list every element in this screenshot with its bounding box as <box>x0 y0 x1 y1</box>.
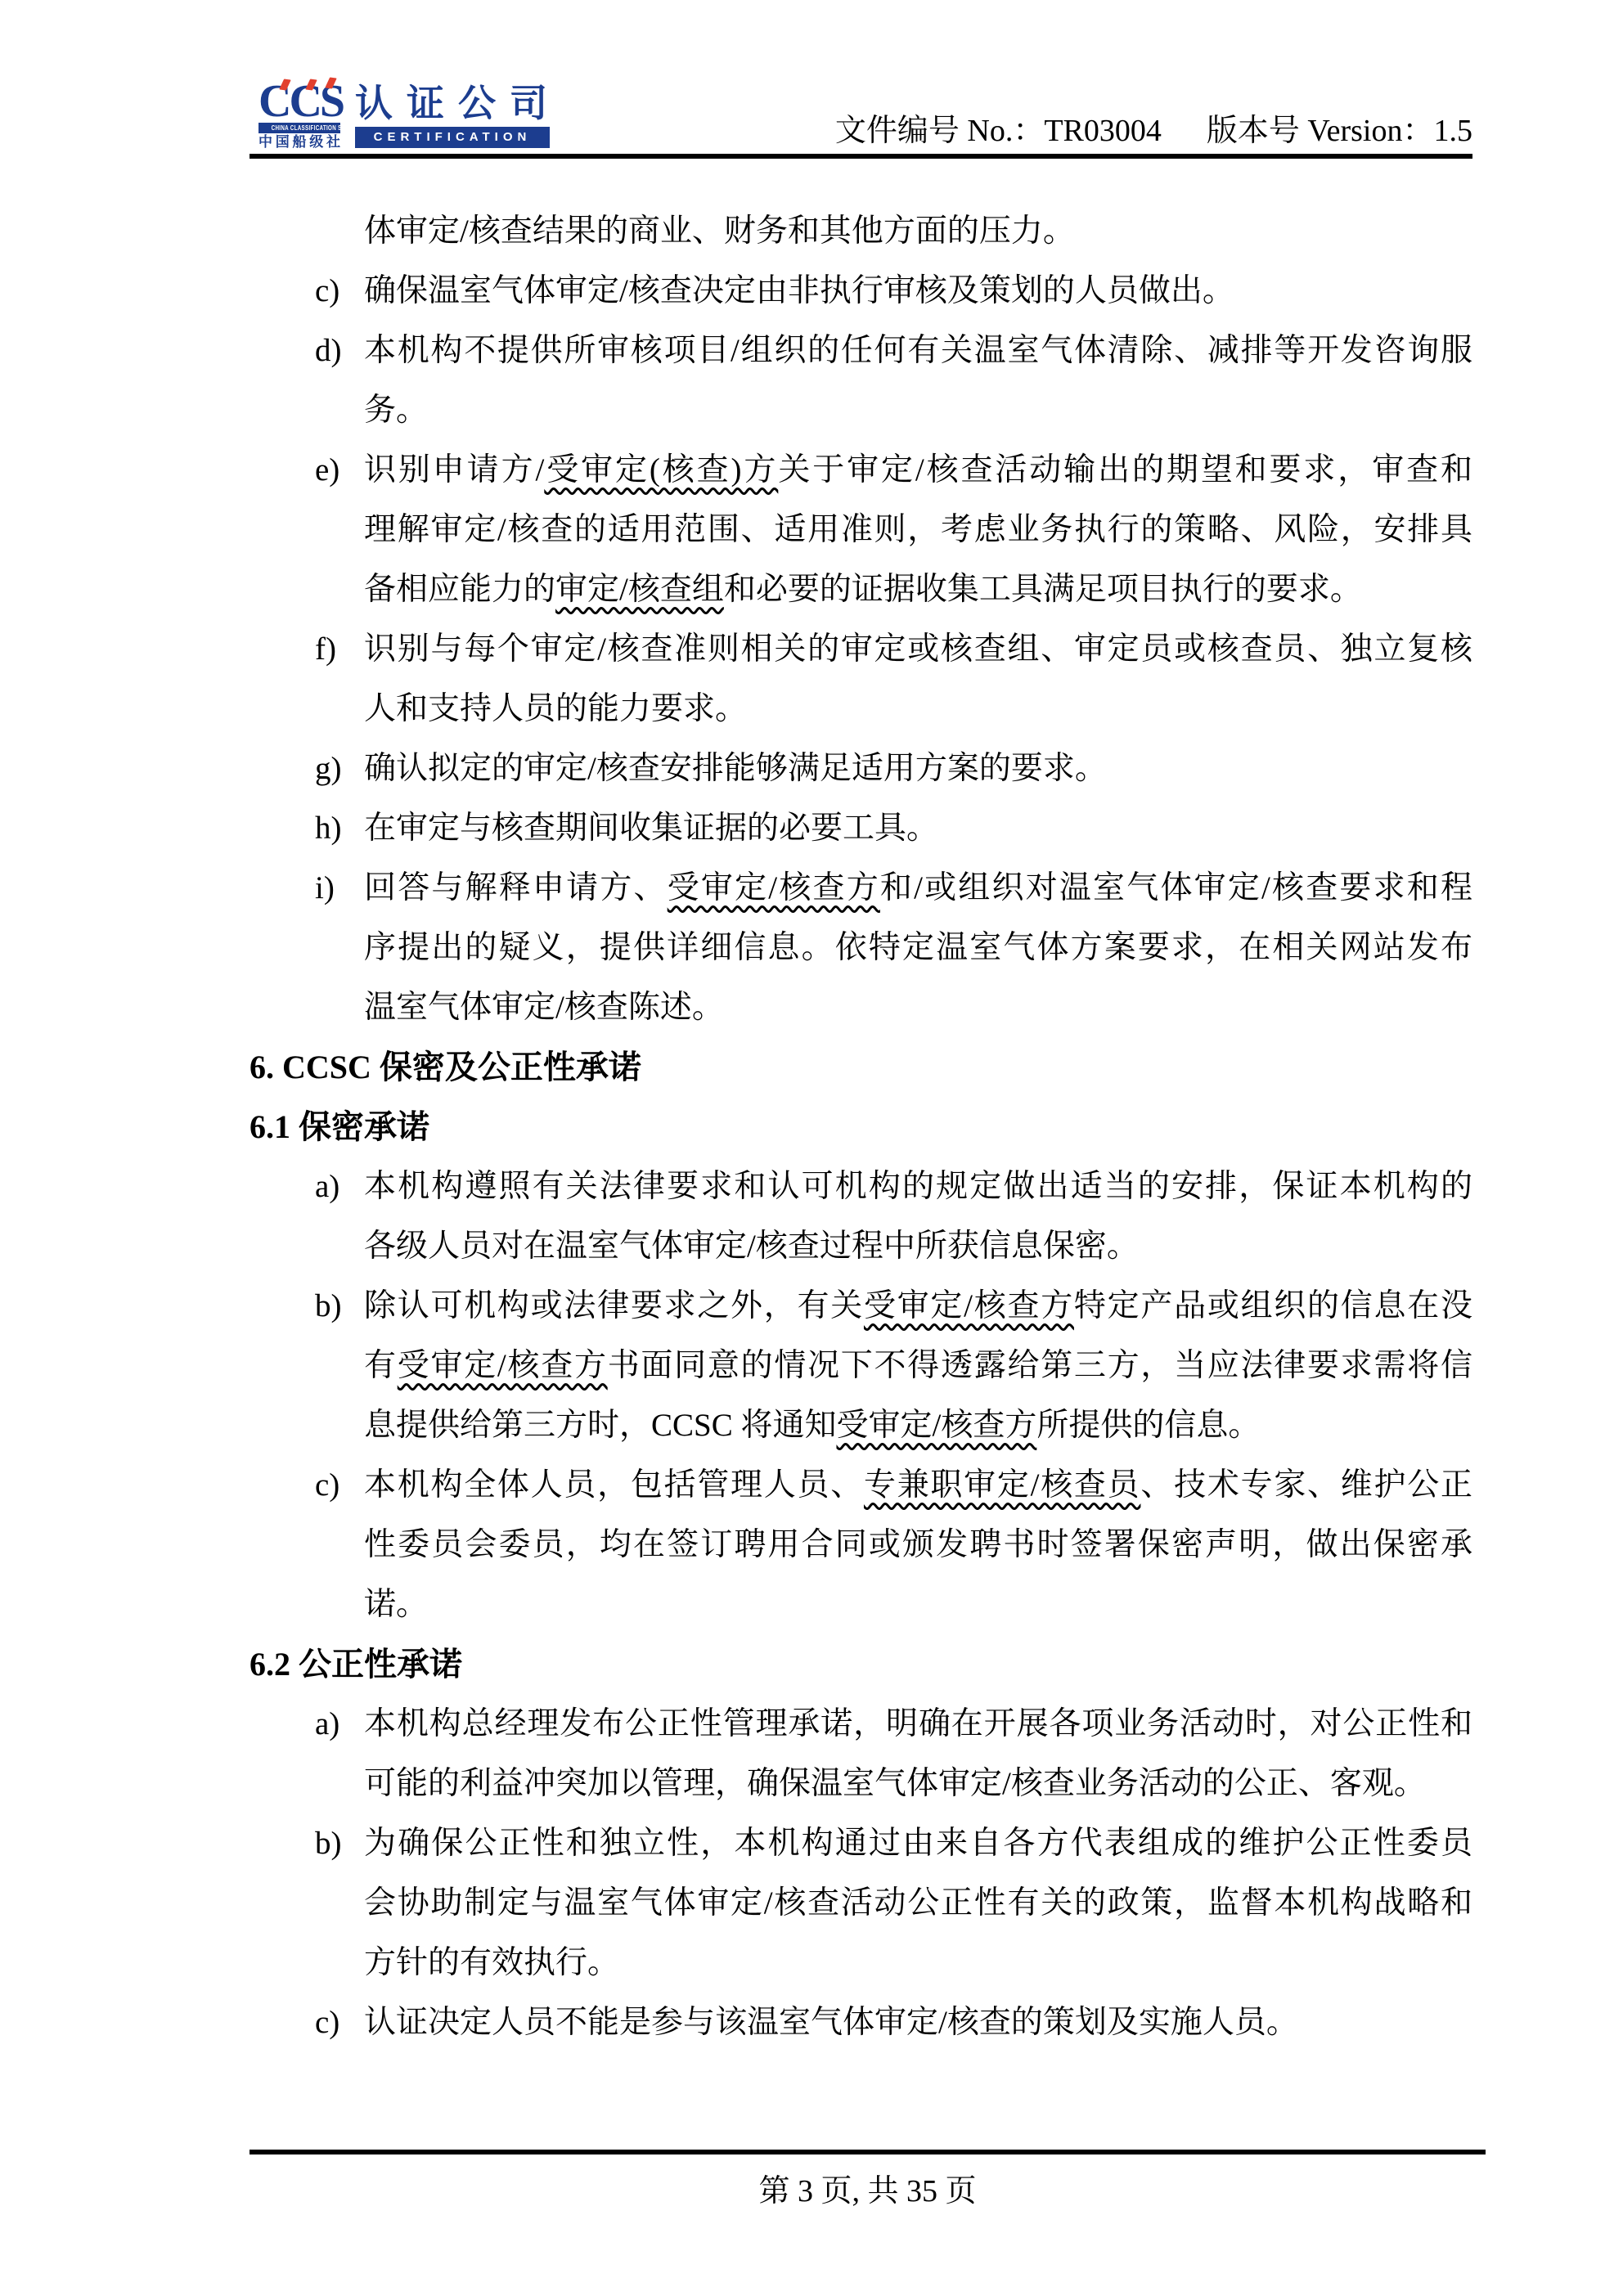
ccs-chinese-name: 中国船级社 <box>259 135 340 150</box>
list-item-label: c) <box>315 1455 364 1515</box>
text-segment: 为确保公正性和独立性，本机构通过由来自各方代表组成的维护公正性委员 <box>364 1826 1472 1861</box>
list-item-label: e) <box>315 440 364 500</box>
text-segment: 所提供的信息。 <box>1036 1408 1260 1443</box>
section-heading: 6.2 公正性承诺 <box>250 1634 1472 1694</box>
list-item-text: 识别与每个审定/核查准则相关的审定或核查组、审定员或核查员、独立复核人和支持人员… <box>364 619 1472 739</box>
ccs-chinese-name-char: 中 <box>259 135 272 150</box>
list-item-label: i) <box>315 858 364 918</box>
header-meta: 文件编号 No.：TR03004 版本号 Version：1.5 <box>835 101 1472 161</box>
text-line: 有受审定/核查方书面同意的情况下不得透露给第三方，当应法律要求需将信 <box>364 1336 1472 1395</box>
page-number: 第 3 页, 共 35 页 <box>250 2162 1486 2222</box>
ccs-english-banner: CHINA CLASSIFICATION SOCIETY <box>259 123 340 133</box>
text-segment: 除认可机构或法律要求之外，有关 <box>364 1288 864 1323</box>
list-item-label: c) <box>315 261 364 321</box>
text-line: 可能的利益冲突加以管理，确保温室气体审定/核查业务活动的公正、客观。 <box>364 1754 1472 1813</box>
text-line: 息提供给第三方时，CCSC 将通知受审定/核查方所提供的信息。 <box>364 1395 1472 1455</box>
ccs-logo-left: CCS CHINA CLASSIFICATION SOCIETY 中国船级社 <box>259 83 340 150</box>
text-segment: 务。 <box>364 393 428 428</box>
list-item-text: 确保温室气体审定/核查决定由非执行审核及策划的人员做出。 <box>364 261 1472 321</box>
list-item: b)除认可机构或法律要求之外，有关受审定/核查方特定产品或组织的信息在没有受审定… <box>250 1276 1472 1455</box>
text-segment: 和/或组织对温室气体审定/核查要求和程 <box>880 870 1472 905</box>
list-item-text: 本机构总经理发布公正性管理承诺，明确在开展各项业务活动时，对公正性和可能的利益冲… <box>364 1694 1472 1813</box>
text-line: 体审定/核查结果的商业、财务和其他方面的压力。 <box>364 201 1472 261</box>
ccs-logo: CCS CHINA CLASSIFICATION SOCIETY 中国船级社 认… <box>259 83 560 150</box>
ccs-chinese-name-char: 国 <box>276 135 290 150</box>
text-line: 回答与解释申请方、受审定/核查方和/或组织对温室气体审定/核查要求和程 <box>364 858 1472 918</box>
list-item-label: d) <box>315 321 364 380</box>
section-heading: 6.1 保密承诺 <box>250 1097 1472 1157</box>
text-line: 识别与每个审定/核查准则相关的审定或核查组、审定员或核查员、独立复核 <box>364 619 1472 679</box>
text-line: 理解审定/核查的适用范围、适用准则，考虑业务执行的策略、风险，安排具 <box>364 500 1472 559</box>
text-segment: 有 <box>364 1348 398 1383</box>
list-item: c)认证决定人员不能是参与该温室气体审定/核查的策划及实施人员。 <box>250 1993 1472 2052</box>
text-segment: 性委员会委员，均在签订聘用合同或颁发聘书时签署保密声明，做出保密承 <box>364 1527 1472 1562</box>
text-line: 在审定与核查期间收集证据的必要工具。 <box>364 798 1472 858</box>
text-segment: 、技术专家、维护公正 <box>1140 1467 1472 1503</box>
list-item-text: 本机构遵照有关法律要求和认可机构的规定做出适当的安排，保证本机构的各级人员对在温… <box>364 1157 1472 1276</box>
text-segment: 确保温室气体审定/核查决定由非执行审核及策划的人员做出。 <box>364 273 1234 308</box>
text-line: 确认拟定的审定/核查安排能够满足适用方案的要求。 <box>364 739 1472 798</box>
text-segment: 本机构全体人员，包括管理人员、 <box>364 1467 864 1503</box>
wavy-underlined-term: 审定/核查组 <box>555 572 724 607</box>
list-item-text: 本机构全体人员，包括管理人员、专兼职审定/核查员、技术专家、维护公正性委员会委员… <box>364 1455 1472 1634</box>
list-item: b)为确保公正性和独立性，本机构通过由来自各方代表组成的维护公正性委员会协助制定… <box>250 1813 1472 1993</box>
text-segment: 体审定/核查结果的商业、财务和其他方面的压力。 <box>364 213 1075 249</box>
text-segment: 备相应能力的 <box>364 572 555 607</box>
header-divider <box>250 154 1472 159</box>
list-item: h)在审定与核查期间收集证据的必要工具。 <box>250 798 1472 858</box>
list-item-label: a) <box>315 1157 364 1216</box>
list-item: d)本机构不提供所审核项目/组织的任何有关温室气体清除、减排等开发咨询服务。 <box>250 321 1472 440</box>
text-line: 识别申请方/受审定(核查)方关于审定/核查活动输出的期望和要求，审查和 <box>364 440 1472 500</box>
company-name: 认证公司 <box>355 84 560 122</box>
text-line: 备相应能力的审定/核查组和必要的证据收集工具满足项目执行的要求。 <box>364 559 1472 619</box>
ccs-chinese-name-char: 船 <box>293 135 307 150</box>
text-segment: 回答与解释申请方、 <box>364 870 668 905</box>
document-version: 版本号 Version：1.5 <box>1207 101 1472 161</box>
text-segment: 会协助制定与温室气体审定/核查活动公正性有关的政策，监督本机构战略和 <box>364 1885 1472 1921</box>
text-segment: 本机构总经理发布公正性管理承诺，明确在开展各项业务活动时，对公正性和 <box>364 1706 1472 1741</box>
text-line: 为确保公正性和独立性，本机构通过由来自各方代表组成的维护公正性委员 <box>364 1813 1472 1873</box>
list-item-text: 识别申请方/受审定(核查)方关于审定/核查活动输出的期望和要求，审查和理解审定/… <box>364 440 1472 619</box>
document-page: CCS CHINA CLASSIFICATION SOCIETY 中国船级社 认… <box>0 0 1623 2296</box>
list-item-label: g) <box>315 739 364 798</box>
text-segment: 本机构不提供所审核项目/组织的任何有关温室气体清除、减排等开发咨询服 <box>364 333 1472 368</box>
text-segment: 在审定与核查期间收集证据的必要工具。 <box>364 811 938 846</box>
list-item-label: f) <box>315 619 364 679</box>
text-line: 本机构总经理发布公正性管理承诺，明确在开展各项业务活动时，对公正性和 <box>364 1694 1472 1754</box>
list-item-label: a) <box>315 1694 364 1754</box>
wavy-underlined-term: 受审定(核查)方 <box>544 452 778 488</box>
wavy-underlined-term: 受审定/核查方 <box>864 1288 1074 1323</box>
text-segment: 识别与每个审定/核查准则相关的审定或核查组、审定员或核查员、独立复核 <box>364 631 1472 667</box>
list-item: f)识别与每个审定/核查准则相关的审定或核查组、审定员或核查员、独立复核人和支持… <box>250 619 1472 739</box>
list-item-text: 本机构不提供所审核项目/组织的任何有关温室气体清除、减排等开发咨询服务。 <box>364 321 1472 440</box>
text-segment: 确认拟定的审定/核查安排能够满足适用方案的要求。 <box>364 751 1107 786</box>
text-line: 会协助制定与温室气体审定/核查活动公正性有关的政策，监督本机构战略和 <box>364 1873 1472 1933</box>
text-segment: 特定产品或组织的信息在没 <box>1074 1288 1472 1323</box>
text-segment: 方针的有效执行。 <box>364 1945 619 1980</box>
text-line: 方针的有效执行。 <box>364 1933 1472 1993</box>
list-item-text: 回答与解释申请方、受审定/核查方和/或组织对温室气体审定/核查要求和程序提出的疑… <box>364 858 1472 1037</box>
text-line: 确保温室气体审定/核查决定由非执行审核及策划的人员做出。 <box>364 261 1472 321</box>
text-segment: 温室气体审定/核查陈述。 <box>364 990 724 1025</box>
list-item-text: 认证决定人员不能是参与该温室气体审定/核查的策划及实施人员。 <box>364 1993 1472 2052</box>
document-body: 体审定/核查结果的商业、财务和其他方面的压力。c)确保温室气体审定/核查决定由非… <box>250 201 1472 2052</box>
text-line: 务。 <box>364 380 1472 440</box>
wavy-underlined-term: 受审定/核查方 <box>398 1348 608 1383</box>
text-segment: 本机构遵照有关法律要求和认可机构的规定做出适当的安排，保证本机构的 <box>364 1169 1472 1204</box>
document-number: 文件编号 No.：TR03004 <box>835 101 1162 161</box>
list-item-text: 除认可机构或法律要求之外，有关受审定/核查方特定产品或组织的信息在没有受审定/核… <box>364 1276 1472 1455</box>
wavy-underlined-term: 专兼职审定/核查员 <box>864 1467 1140 1503</box>
list-item: i)回答与解释申请方、受审定/核查方和/或组织对温室气体审定/核查要求和程序提出… <box>250 858 1472 1037</box>
text-segment: 书面同意的情况下不得透露给第三方，当应法律要求需将信 <box>608 1348 1472 1383</box>
text-segment: 可能的利益冲突加以管理，确保温室气体审定/核查业务活动的公正、客观。 <box>364 1766 1426 1801</box>
list-item: c)本机构全体人员，包括管理人员、专兼职审定/核查员、技术专家、维护公正性委员会… <box>250 1455 1472 1634</box>
wavy-underlined-term: 受审定/核查方 <box>668 870 880 905</box>
list-item: a)本机构遵照有关法律要求和认可机构的规定做出适当的安排，保证本机构的各级人员对… <box>250 1157 1472 1276</box>
list-item-label: c) <box>315 1993 364 2052</box>
list-item-text: 体审定/核查结果的商业、财务和其他方面的压力。 <box>364 201 1472 261</box>
text-segment: 各级人员对在温室气体审定/核查过程中所获信息保密。 <box>364 1229 1139 1264</box>
ccs-logo-right: 认证公司 CERTIFICATION <box>355 83 560 150</box>
list-item-label: b) <box>315 1276 364 1336</box>
text-segment: 序提出的疑义，提供详细信息。依特定温室气体方案要求，在相关网站发布 <box>364 930 1472 965</box>
text-line: 本机构遵照有关法律要求和认可机构的规定做出适当的安排，保证本机构的 <box>364 1157 1472 1216</box>
list-item: e)识别申请方/受审定(核查)方关于审定/核查活动输出的期望和要求，审查和理解审… <box>250 440 1472 619</box>
paragraph-continuation: 体审定/核查结果的商业、财务和其他方面的压力。 <box>250 201 1472 261</box>
list-item-text: 确认拟定的审定/核查安排能够满足适用方案的要求。 <box>364 739 1472 798</box>
list-item: g)确认拟定的审定/核查安排能够满足适用方案的要求。 <box>250 739 1472 798</box>
ccs-chinese-name-char: 社 <box>326 135 340 150</box>
certification-banner: CERTIFICATION <box>355 127 550 148</box>
text-line: 本机构不提供所审核项目/组织的任何有关温室气体清除、减排等开发咨询服 <box>364 321 1472 380</box>
text-segment: 诺。 <box>364 1587 428 1622</box>
list-item: a)本机构总经理发布公正性管理承诺，明确在开展各项业务活动时，对公正性和可能的利… <box>250 1694 1472 1813</box>
text-segment: 息提供给第三方时，CCSC 将通知 <box>364 1408 836 1443</box>
text-line: 性委员会委员，均在签订聘用合同或颁发聘书时签署保密声明，做出保密承 <box>364 1515 1472 1575</box>
wavy-underlined-term: 受审定/核查方 <box>836 1408 1036 1443</box>
list-item: c)确保温室气体审定/核查决定由非执行审核及策划的人员做出。 <box>250 261 1472 321</box>
ccs-english-banner-text: CHINA CLASSIFICATION SOCIETY <box>272 123 340 133</box>
text-segment: 理解审定/核查的适用范围、适用准则，考虑业务执行的策略、风险，安排具 <box>364 512 1472 547</box>
text-line: 人和支持人员的能力要求。 <box>364 679 1472 739</box>
list-item-text: 为确保公正性和独立性，本机构通过由来自各方代表组成的维护公正性委员会协助制定与温… <box>364 1813 1472 1993</box>
text-segment: 识别申请方/ <box>364 452 544 488</box>
text-line: 各级人员对在温室气体审定/核查过程中所获信息保密。 <box>364 1216 1472 1276</box>
text-segment: 人和支持人员的能力要求。 <box>364 691 747 726</box>
section-heading: 6. CCSC 保密及公正性承诺 <box>250 1037 1472 1097</box>
footer-divider <box>250 2150 1486 2154</box>
text-line: 诺。 <box>364 1575 1472 1634</box>
list-item-label: h) <box>315 798 364 858</box>
ccs-chinese-name-char: 级 <box>309 135 323 150</box>
text-segment: 和必要的证据收集工具满足项目执行的要求。 <box>724 572 1362 607</box>
text-line: 序提出的疑义，提供详细信息。依特定温室气体方案要求，在相关网站发布 <box>364 918 1472 977</box>
text-line: 认证决定人员不能是参与该温室气体审定/核查的策划及实施人员。 <box>364 1993 1472 2052</box>
text-line: 温室气体审定/核查陈述。 <box>364 977 1472 1037</box>
text-segment: 认证决定人员不能是参与该温室气体审定/核查的策划及实施人员。 <box>364 2005 1298 2040</box>
text-segment: 关于审定/核查活动输出的期望和要求，审查和 <box>778 452 1472 488</box>
list-item-text: 在审定与核查期间收集证据的必要工具。 <box>364 798 1472 858</box>
list-item-label: b) <box>315 1813 364 1873</box>
text-line: 除认可机构或法律要求之外，有关受审定/核查方特定产品或组织的信息在没 <box>364 1276 1472 1336</box>
text-line: 本机构全体人员，包括管理人员、专兼职审定/核查员、技术专家、维护公正 <box>364 1455 1472 1515</box>
